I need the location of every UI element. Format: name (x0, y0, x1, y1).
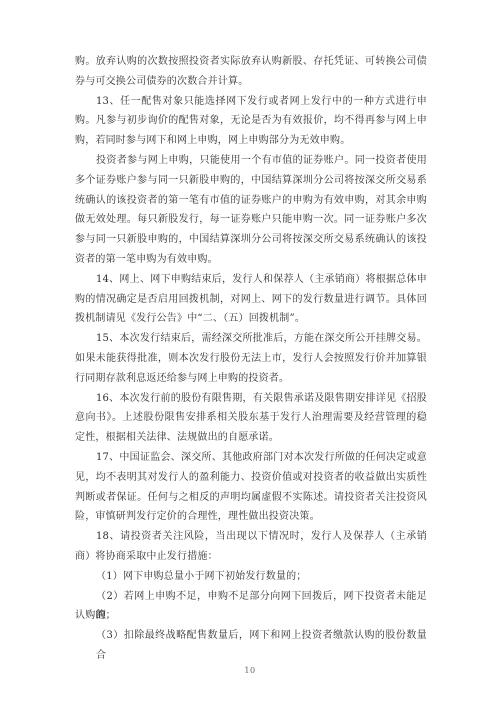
text-line: 购。放弃认购的次数按照投资者实际放弃认购新股、存托凭证、可转换公司债 (75, 52, 427, 72)
text-line: 统确认的该投资者的第一笔有市值的证券账户的申购为有效申购，对其余申购 (75, 191, 427, 211)
text-line: （1）网下申购总量小于网下初始发行数量的； (75, 567, 427, 587)
text-line: 拨机制请见《发行公告》中“二、（五）回拨机制”。 (75, 309, 427, 329)
text-line: 18、请投资者关注风险，当出现以下情况时，发行人及保荐人（主承销 (75, 527, 427, 547)
text-line: 意向书》。上述股份限售安排系相关股东基于发行人治理需要及经营管理的稳 (75, 408, 427, 428)
text-line: 做无效处理。每只新股发行，每一证券账户只能申购一次。同一证券账户多次 (75, 210, 427, 230)
page-number: 10 (0, 666, 500, 675)
text-line: 购的情况确定是否启用回拨机制，对网上、网下的发行数量进行调节。具体回 (75, 290, 427, 310)
text-line: 多个证券账户参与同一只新股申购的，中国结算深圳分公司将按深交所交易系 (75, 171, 427, 191)
text-line: 参与同一只新股申购的，中国结算深圳分公司将按深交所交易系统确认的该投 (75, 230, 427, 250)
text-line: （2）若网上申购不足，申购不足部分向网下回拨后，网下投资者未能足额 (75, 587, 427, 607)
text-line: 行同期存款利息返还给参与网上申购的投资者。 (75, 369, 427, 389)
text-line: 认购的； (75, 606, 427, 626)
text-line: 商）将协商采取中止发行措施： (75, 547, 427, 567)
text-line: 见，均不表明其对发行人的盈利能力、投资价值或对投资者的收益做出实质性 (75, 468, 427, 488)
text-line: 14、网上、网下申购结束后，发行人和保荐人（主承销商）将根据总体申 (75, 270, 427, 290)
text-line: 购。凡参与初步询价的配售对象，无论是否为有效报价，均不得再参与网上申 (75, 111, 427, 131)
text-line: 险，审慎研判发行定价的合理性，理性做出投资决策。 (75, 507, 427, 527)
text-line: 券与可交换公司债券的次数合并计算。 (75, 72, 427, 92)
text-line: 资者的第一笔申购为有效申购。 (75, 250, 427, 270)
text-line: （3）扣除最终战略配售数量后，网下和网上投资者缴款认购的股份数量合 (75, 626, 427, 646)
body-text: 购。放弃认购的次数按照投资者实际放弃认购新股、存托凭证、可转换公司债 券与可交换… (75, 52, 427, 646)
text-line: 15、本次发行结束后，需经深交所批准后，方能在深交所公开挂牌交易。 (75, 329, 427, 349)
text-line: 16、本次发行前的股份有限售期，有关限售承诺及限售期安排详见《招股 (75, 389, 427, 409)
document-page: 购。放弃认购的次数按照投资者实际放弃认购新股、存托凭证、可转换公司债 券与可交换… (0, 0, 500, 707)
text-line: 定性，根据相关法律、法规做出的自愿承诺。 (75, 428, 427, 448)
text-line: 13、任一配售对象只能选择网下发行或者网上发行中的一种方式进行申 (75, 92, 427, 112)
text-line: 判断或者保证。任何与之相反的声明均属虚假不实陈述。请投资者关注投资风 (75, 488, 427, 508)
text-line: 17、中国证监会、深交所、其他政府部门对本次发行所做的任何决定或意 (75, 448, 427, 468)
text-line: 如果未能获得批准，则本次发行股份无法上市，发行人会按照发行价并加算银 (75, 349, 427, 369)
text-line: 购，若同时参与网下和网上申购，网上申购部分为无效申购。 (75, 131, 427, 151)
text-line: 投资者参与网上申购，只能使用一个有市值的证券账户。同一投资者使用 (75, 151, 427, 171)
